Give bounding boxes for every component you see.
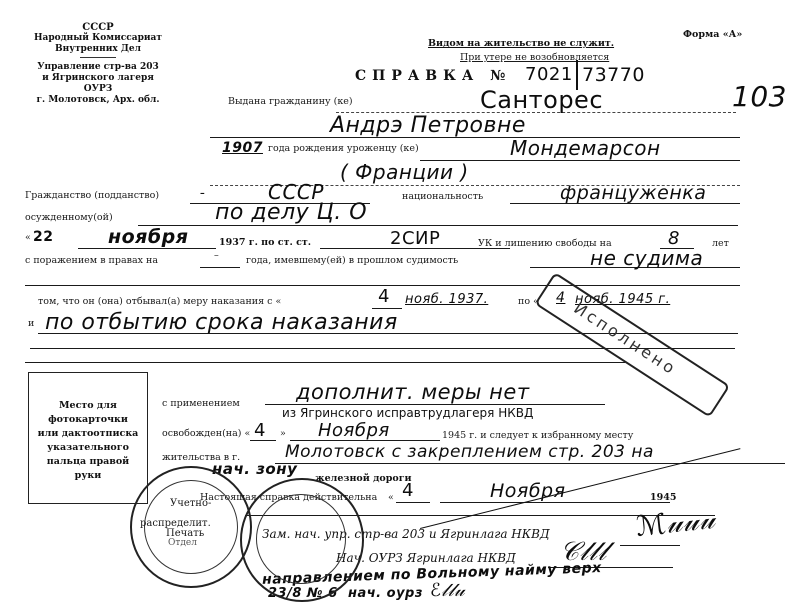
valid-day-open-quote: « (388, 492, 394, 503)
photo-box-line4: указательного (29, 441, 147, 455)
measures-label: с применением (162, 398, 240, 409)
released-month-value: Ноября (318, 420, 390, 441)
measures-line (265, 404, 605, 405)
notice-line2: При утере не возобновляется (460, 52, 609, 63)
convicted-by-value: по делу Ц. О (215, 200, 367, 225)
chief-signature-label: Нач. ОУРЗ Ягринлага НКВД (336, 551, 516, 565)
name-patronymic-value: Андрэ Петровне (330, 113, 526, 138)
served-from-rest-value: нояб. 1937. (405, 292, 488, 307)
deputy-signature: ℳ𝓊𝓊𝓊 (634, 502, 716, 544)
served-label: том, что он (она) отбывал(а) меру наказа… (38, 296, 281, 307)
separator-line-3 (25, 362, 625, 363)
convicted-label: осужденному(ой) (25, 212, 113, 223)
valid-day-line (396, 502, 430, 503)
issuer-line1: Народный Комиссариат (18, 33, 178, 44)
surname-value: Санторес (480, 86, 603, 114)
reason-value: по отбытию срока наказания (45, 310, 398, 335)
years-label: лет (712, 238, 729, 249)
rights-line (200, 267, 240, 268)
valid-day-value: 4 (402, 480, 414, 501)
valid-year-value: 1945 (650, 492, 676, 503)
article-value: 2СИР (390, 228, 440, 249)
conviction-day-value: 22 (33, 229, 53, 245)
issuer-header: СССР Народный Комиссариат Внутренних Дел… (18, 22, 178, 106)
rights-suffix-label: года, имевшему(ей) в прошлом судимость (246, 255, 458, 266)
birthplace-country-value: ( Франции ) (340, 160, 469, 184)
issued-to-label: Выдана гражданину (ке) (228, 96, 353, 107)
citizenship-dash: – (200, 188, 205, 199)
citizenship-label: Гражданство (подданство) (25, 190, 159, 201)
issuer-line5: ОУРЗ (18, 84, 178, 95)
notice-line1: Видом на жительство не служит. (428, 38, 614, 49)
right-round-seal (240, 478, 364, 602)
left-seal-top-text: Учетно- (170, 498, 211, 509)
photo-box-line5: пальца правой (29, 455, 147, 469)
left-round-seal: Учетно- распределит. Печать Отдел (130, 466, 252, 588)
certificate-number-secondary: 73770 (582, 64, 645, 86)
diagonal-stamp-text: Исполнено (570, 298, 680, 379)
issuer-divider (80, 57, 116, 58)
rights-label: с поражением в правах на (25, 255, 158, 266)
convicted-line (138, 225, 738, 226)
photo-box-line3: или дактоотписка (29, 427, 147, 441)
conviction-day-open-quote: « (25, 232, 31, 243)
issuer-line2: Внутренних Дел (18, 44, 178, 55)
released-day-close-quote: » (280, 428, 286, 439)
prior-record-value: не судима (590, 246, 703, 270)
camp-name: из Ягринского исправтрудлагеря НКВД (282, 406, 533, 420)
issuer-line4: и Ягринского лагеря (18, 73, 178, 84)
birth-year-value: 1907 (222, 140, 263, 156)
valid-month-line (440, 502, 670, 503)
conviction-month-value: ноября (108, 226, 188, 248)
measures-value: дополнит. меры нет (296, 380, 530, 404)
valid-month-value: Ноября (490, 480, 566, 502)
photo-box: Место для фотокарточки или дактоотписка … (28, 372, 148, 504)
served-from-day-line (372, 308, 402, 309)
deputy-signature-line (620, 545, 680, 546)
residence-line (275, 463, 785, 464)
conviction-month-line (78, 248, 216, 249)
residence-value: Молотовск с закреплением стр. 203 на (285, 442, 654, 462)
handwritten-note-signature: ℰ𝓁𝓁𝓊 (430, 580, 465, 601)
released-label: освобожден(на) « (162, 428, 250, 439)
nationality-value: француженка (560, 182, 706, 204)
rights-years-value: – (214, 250, 219, 261)
birth-label: года рождения уроженцу (ке) (268, 143, 419, 154)
form-label: Форма «А» (683, 29, 742, 40)
issuer-line6: г. Молотовск, Арх. обл. (18, 95, 178, 106)
document-title: СПРАВКА № (355, 68, 511, 84)
left-seal-bottom-text: Отдел (168, 538, 197, 548)
photo-box-line1: Место для (29, 399, 147, 413)
railway-label: железной дороги (315, 473, 412, 484)
certificate-number: 7021 (525, 64, 573, 85)
released-day-value: 4 (254, 420, 266, 441)
issuer-country: СССР (18, 22, 178, 33)
nationality-label: национальность (402, 191, 483, 202)
handwritten-note-title: нач. оурз (348, 586, 423, 601)
photo-box-line2: фотокарточки (29, 413, 147, 427)
released-year-label: 1945 г. и следует к избранному месту (442, 430, 633, 441)
issuer-line3: Управление стр-ва 203 (18, 62, 178, 73)
reason-prefix: и (28, 318, 34, 329)
photo-box-line6: руки (29, 469, 147, 483)
served-from-day-value: 4 (378, 286, 390, 307)
right-seal-inner-ring (256, 494, 346, 584)
conviction-year-label: 1937 г. по ст. ст. (219, 237, 311, 248)
corner-number: 103 (732, 80, 787, 113)
birthplace-value: Мондемарсон (510, 136, 661, 160)
